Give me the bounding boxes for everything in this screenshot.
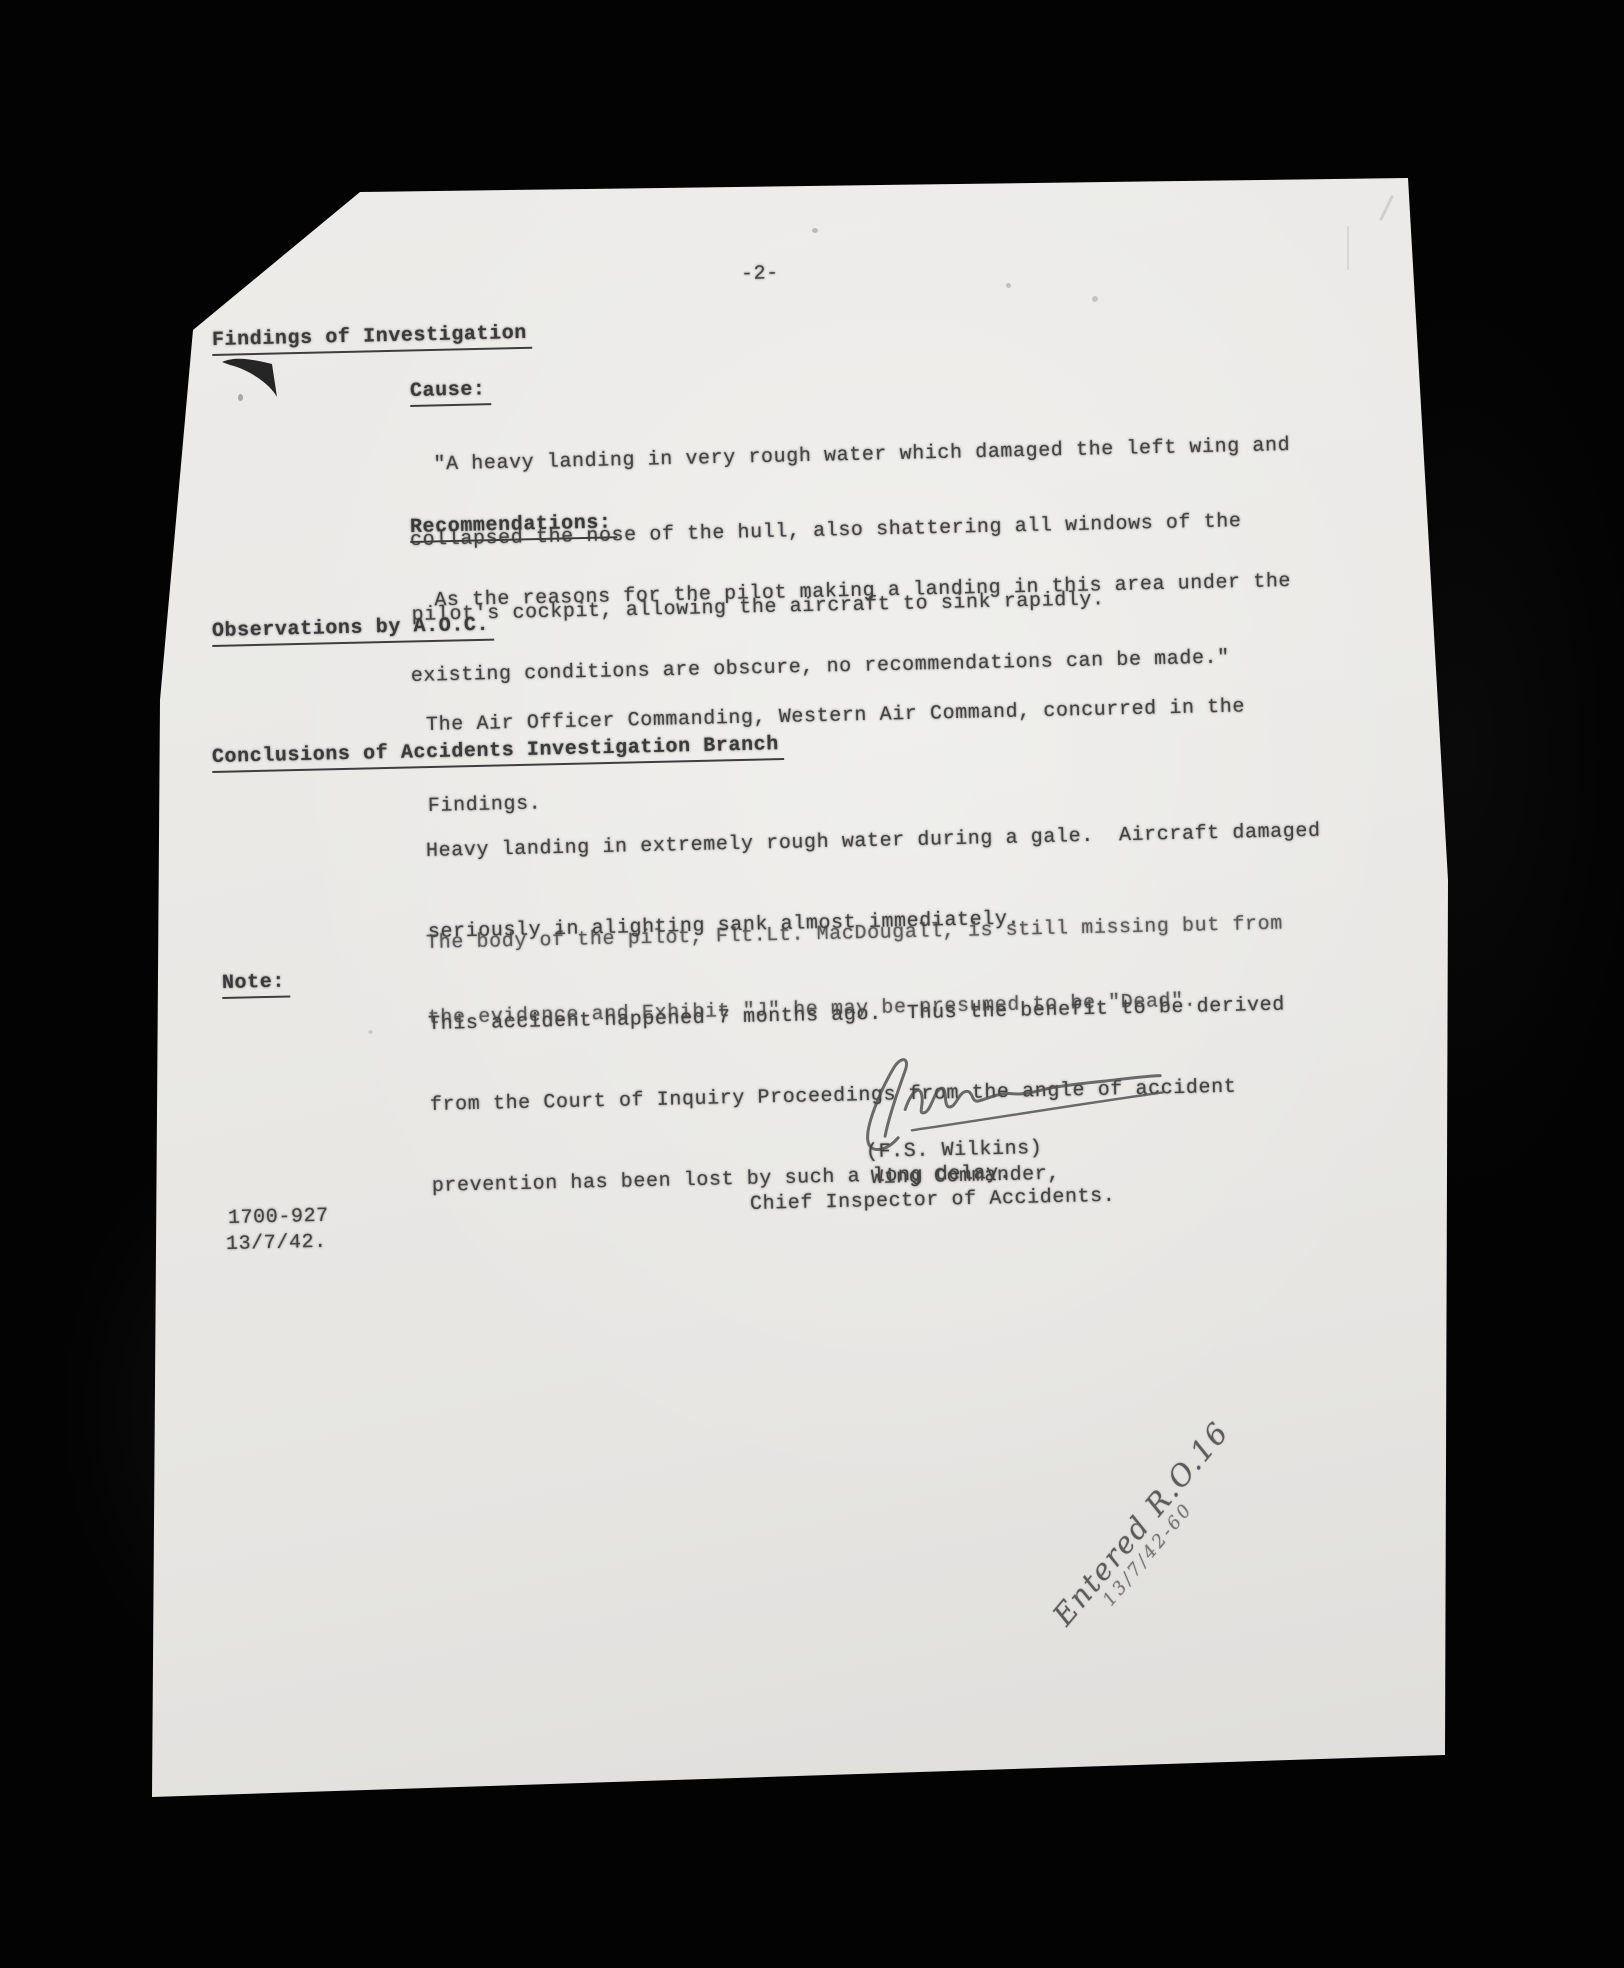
page-number: -2- xyxy=(741,261,779,287)
text-line: This accident happened 7 months ago. Thu… xyxy=(428,992,1285,1038)
note-label: Note: xyxy=(222,969,291,999)
file-number: 1700-927 xyxy=(228,1204,329,1231)
microfilm-background: -2- Findings of Investigation Cause: "A … xyxy=(0,0,1624,1968)
paper-speck xyxy=(238,394,243,401)
text-line: The Air Officer Commanding, Western Air … xyxy=(426,693,1246,739)
ink-blot xyxy=(220,352,292,402)
paper-speck xyxy=(812,228,818,233)
paper-speck xyxy=(1006,283,1011,288)
paper-speck xyxy=(368,1030,373,1034)
paper-crease xyxy=(1347,226,1349,270)
note-label-text: Note: xyxy=(222,969,291,999)
text-line: Heavy landing in extremely rough water d… xyxy=(426,818,1321,865)
signatory-name: (F.S. Wilkins) xyxy=(866,1136,1043,1165)
text-line: As the reasons for the pilot making a la… xyxy=(409,569,1291,614)
paper-speck xyxy=(1092,296,1098,302)
text-line: "A heavy landing in very rough water whi… xyxy=(408,433,1290,478)
reference-date: 13/7/42. xyxy=(226,1230,327,1257)
document-page: -2- Findings of Investigation Cause: "A … xyxy=(0,0,1624,1968)
